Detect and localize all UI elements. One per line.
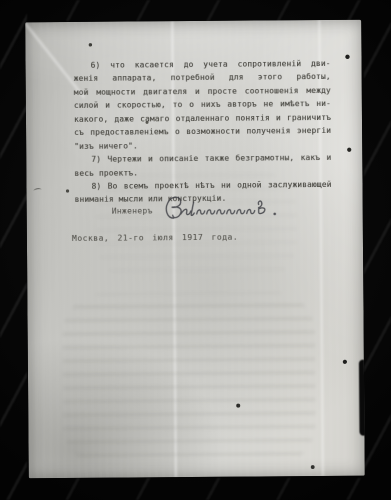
document-page: 6) что касается до учета сопротивленій д… [25,20,365,479]
bleedthrough-text [62,292,315,466]
typed-line: съ предоставленіемъ о возможности получе… [74,124,331,139]
dateline: Москва, 21-го іюля 1917 года. [72,233,238,243]
typed-line: силой и скоростью, то о нихъ авторъ не и… [74,97,331,112]
typed-line: женія аппарата, потребной для этого рабо… [74,70,331,85]
signature-typed-title: Инженеръ [112,206,153,215]
typed-line: вниманія мысли или конструкціи. [75,191,332,206]
paper-specks [25,22,27,24]
margin-pen-mark [33,188,42,193]
typed-text-block: 6) что касается до учета сопротивленій д… [74,57,332,207]
typed-line: 6) что касается до учета сопротивленій д… [74,57,331,72]
paper-crease [25,23,85,99]
paper-fold-line [171,21,177,477]
typed-line: весь проектъ. [74,164,331,179]
torn-edge [359,360,365,436]
typed-line: 8) Во всемъ проектѣ нѣтъ ни одной заслуж… [74,178,331,193]
scanned-document-photo: 6) что касается до учета сопротивленій д… [0,0,391,500]
typed-line: мой мощности двигателя и просте соотноше… [74,84,331,99]
typed-line: 7) Чертежи и описаніе также безграмотны,… [74,151,331,166]
watermark-pattern [0,0,27,500]
watermark-pattern [364,0,391,500]
signature-row: Инженеръ Ветчинкинъ. [112,194,294,225]
signature-name-text: Ветчинкинъ. [112,210,113,211]
typed-line: какого, даже самаго отдаленнаго понятія … [74,111,331,126]
watermark-pattern [27,478,364,500]
paper-fold-line [318,20,324,476]
handwritten-signature-icon [161,192,293,223]
bleedthrough-text [96,170,297,282]
typed-line: "изъ ничего". [74,138,331,153]
watermark-pattern [27,0,364,21]
